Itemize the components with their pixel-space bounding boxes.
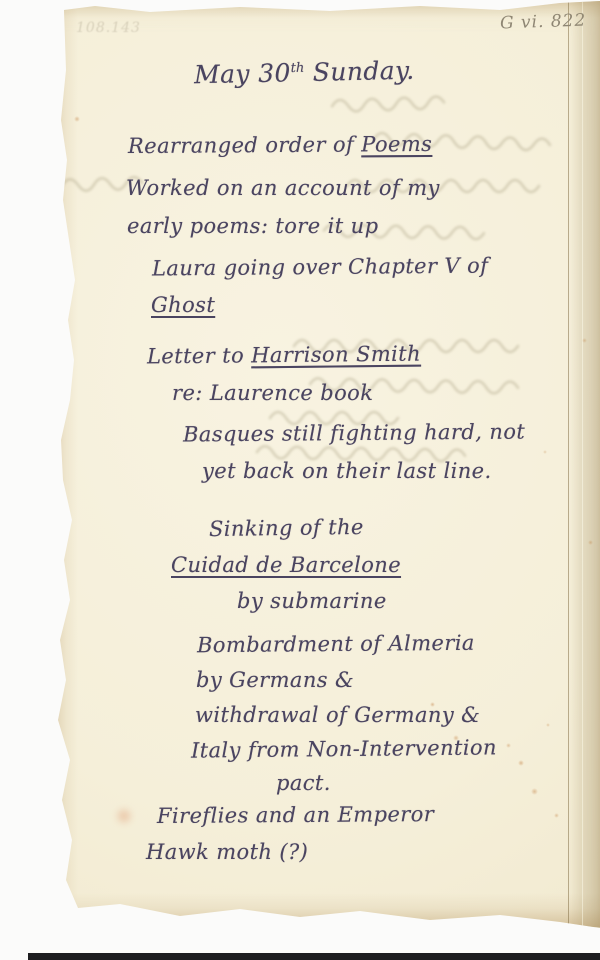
- text-segment: re: Laurence book: [172, 381, 373, 405]
- text-segment: Letter to: [147, 343, 251, 368]
- text-segment: yet back on their last line.: [202, 459, 492, 483]
- diary-line: yet back on their last line.: [202, 459, 492, 483]
- text-segment: May 30: [194, 58, 291, 89]
- foxing-spot: [543, 450, 547, 454]
- text-segment: Sunday.: [304, 56, 415, 87]
- foxing-spot: [531, 788, 538, 795]
- diary-line: by submarine: [237, 589, 387, 613]
- date-heading: May 30th Sunday.: [194, 56, 415, 90]
- text-segment: Italy from Non-Intervention: [191, 735, 497, 762]
- diary-line: Italy from Non-Intervention: [191, 735, 497, 762]
- scanned-diary-page: 108.143 G vi. 822 May 30th Sunday. Rearr…: [0, 0, 600, 960]
- diary-line: Ghost: [151, 293, 215, 317]
- torn-edge-left: [52, 0, 78, 960]
- text-segment: withdrawal of Germany &: [195, 703, 480, 727]
- text-segment: Bombardment of Almeria: [197, 631, 475, 657]
- text-segment: Laura going over Chapter V of: [152, 254, 489, 281]
- diary-line: Basques still fighting hard, not: [183, 420, 525, 447]
- text-segment: Sinking of the: [209, 515, 364, 541]
- text-segment: pact.: [276, 771, 331, 795]
- diary-line: Sinking of the: [209, 515, 364, 541]
- diary-line: Laura going over Chapter V of: [152, 254, 489, 281]
- underlined-text: Ghost: [151, 293, 215, 317]
- catalog-number: G vi. 822: [500, 11, 587, 34]
- text-segment: Basques still fighting hard, not: [183, 420, 525, 447]
- diary-line: Bombardment of Almeria: [197, 631, 475, 657]
- text-segment: by submarine: [237, 589, 387, 613]
- text-segment: Rearranged order of: [128, 132, 361, 158]
- faint-pencil-note: 108.143: [76, 20, 141, 36]
- stain-blotch: [114, 806, 134, 826]
- paper-sheet: 108.143 G vi. 822 May 30th Sunday. Rearr…: [0, 0, 600, 960]
- diary-line: withdrawal of Germany &: [195, 703, 480, 727]
- foxing-spot: [74, 116, 80, 122]
- diary-line: re: Laurence book: [172, 381, 373, 405]
- foxing-spot: [554, 813, 559, 818]
- foxing-spot: [506, 743, 511, 748]
- underlined-text: Harrison Smith: [251, 342, 421, 368]
- foxing-spot: [518, 760, 524, 766]
- text-segment: early poems: tore it up: [127, 214, 378, 238]
- diary-line: Letter to Harrison Smith: [147, 342, 421, 369]
- ordinal-superscript: th: [291, 61, 305, 76]
- foxing-spot: [582, 338, 587, 343]
- underlined-text: Poems: [361, 132, 432, 156]
- diary-line: by Germans &: [196, 668, 354, 692]
- show-through-writing: [330, 88, 461, 117]
- torn-edge-bottom: [0, 893, 600, 927]
- diary-line: Fireflies and an Emperor: [157, 802, 434, 828]
- foxing-spot: [588, 540, 593, 545]
- diary-line: pact.: [276, 771, 331, 795]
- diary-line: Hawk moth (?): [146, 840, 308, 864]
- page-fold-edge: [568, 0, 600, 960]
- diary-line: Worked on an account of my: [126, 176, 440, 200]
- scanner-edge-band: [28, 953, 600, 960]
- diary-line: Rearranged order of Poems: [128, 132, 432, 158]
- diary-line: early poems: tore it up: [127, 214, 378, 238]
- diary-line: Cuidad de Barcelone: [171, 553, 401, 577]
- text-segment: Hawk moth (?): [146, 840, 308, 864]
- text-segment: Worked on an account of my: [126, 176, 440, 200]
- foxing-spot: [546, 723, 550, 727]
- underlined-text: Cuidad de Barcelone: [171, 553, 401, 577]
- text-segment: by Germans &: [196, 668, 354, 692]
- text-segment: Fireflies and an Emperor: [157, 802, 434, 828]
